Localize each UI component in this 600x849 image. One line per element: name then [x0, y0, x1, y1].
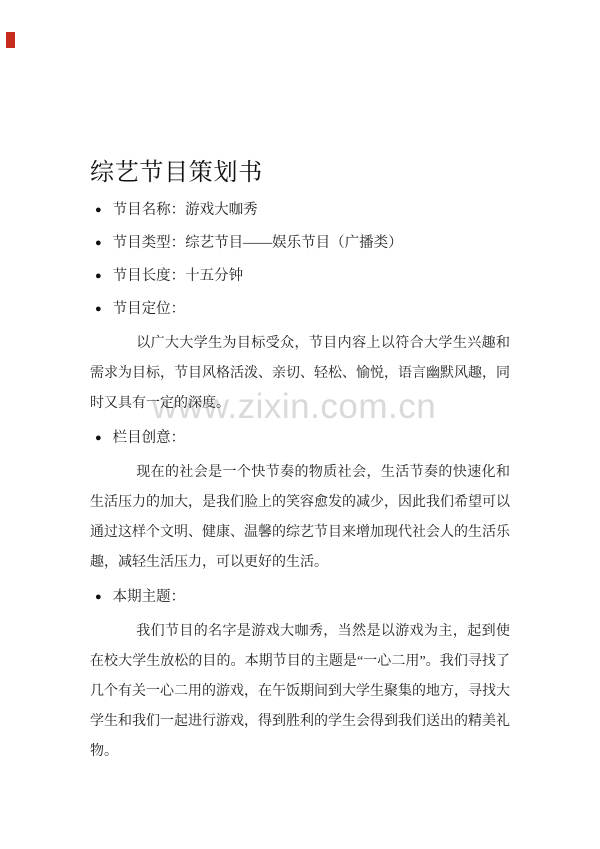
bullet-item-column-creativity: ● 栏目创意：: [90, 422, 510, 455]
bullet-item-current-theme: ● 本期主题：: [90, 581, 510, 614]
bullet-label: 本期主题：: [113, 581, 186, 614]
paragraph-positioning: 以广大大学生为目标受众，节目内容上以符合大学生兴趣和需求为目标，节目风格活泼、亲…: [90, 329, 510, 419]
bullet-label: 节目类型：综艺节目——娱乐节目（广播类）: [113, 227, 403, 260]
bullet-icon: ●: [95, 422, 102, 455]
bullet-item-program-length: ● 节目长度：十五分钟: [90, 260, 510, 293]
document-content: 综艺节目策划书 ● 节目名称：游戏大咖秀 ● 节目类型：综艺节目——娱乐节目（广…: [90, 158, 510, 770]
bullet-label: 栏目创意：: [113, 422, 186, 455]
paragraph-creativity: 现在的社会是一个快节奏的物质社会，生活节奏的快速化和生活压力的加大，是我们脸上的…: [90, 458, 510, 578]
corner-flag-mark: [6, 32, 15, 48]
bullet-icon: ●: [95, 581, 102, 614]
bullet-icon: ●: [95, 260, 102, 293]
bullet-icon: ●: [95, 293, 102, 326]
bullet-item-program-name: ● 节目名称：游戏大咖秀: [90, 194, 510, 227]
bullet-label: 节目名称：游戏大咖秀: [113, 194, 258, 227]
bullet-label: 节目长度：十五分钟: [113, 260, 244, 293]
page-title: 综艺节目策划书: [90, 158, 510, 188]
document-page: www.zixin.com.cn 综艺节目策划书 ● 节目名称：游戏大咖秀 ● …: [0, 0, 600, 849]
bullet-icon: ●: [95, 194, 102, 227]
bullet-item-program-type: ● 节目类型：综艺节目——娱乐节目（广播类）: [90, 227, 510, 260]
bullet-item-program-positioning: ● 节目定位：: [90, 293, 510, 326]
paragraph-theme: 我们节目的名字是游戏大咖秀，当然是以游戏为主，起到使在校大学生放松的目的。本期节…: [90, 617, 510, 767]
bullet-icon: ●: [95, 227, 102, 260]
bullet-label: 节目定位：: [113, 293, 186, 326]
